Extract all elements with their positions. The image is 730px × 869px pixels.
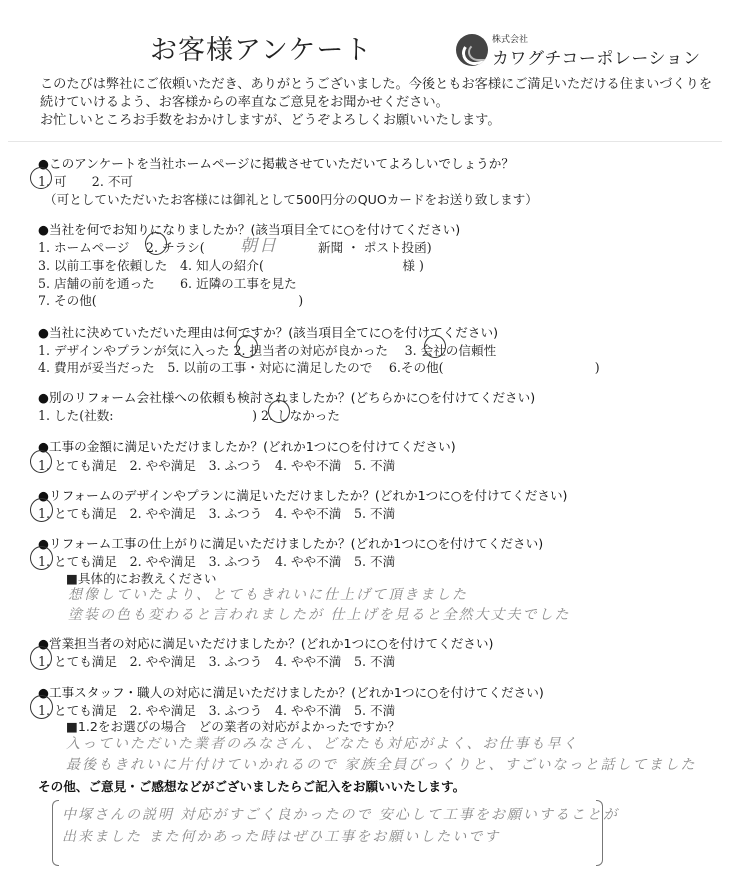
comments-handwritten-2[interactable]: 出来ました また何かあった時はぜひ工事をお願いしたいです (62, 826, 500, 846)
survey-title: お客様アンケート (150, 28, 372, 67)
question-6-text: ●リフォームのデザインやプランに満足いただけましたか？(どれか1つに○を付けてく… (38, 485, 567, 504)
handwritten-newspaper: 朝日 (240, 231, 278, 256)
selected-circle (30, 498, 53, 522)
selected-circle (236, 335, 258, 358)
question-1-options[interactable]: 1. 可 2. 不可 (38, 171, 133, 190)
question-2-line-4[interactable]: 7. その他( ) (38, 290, 303, 309)
divider (8, 141, 722, 142)
comments-handwritten-1[interactable]: 中塚さんの説明 対応がすごく良かったので 安心して工事をお願いすることが (62, 804, 619, 824)
question-9-handwritten-2: 最後もきれいに片付けていかれるので 家族全員びっくりと、すごいなっと話してました (66, 754, 696, 774)
selected-circle (30, 646, 52, 670)
selected-circle (30, 695, 53, 719)
question-1-text: ●このアンケートを当社ホームページに掲載させていただいてよろしいでしょうか？ (38, 153, 514, 172)
question-6-options[interactable]: 1. とても満足 2. やや満足 3. ふつう 4. やや不満 5. 不満 (38, 503, 395, 522)
question-8-options[interactable]: 1. とても満足 2. やや満足 3. ふつう 4. やや不満 5. 不満 (38, 651, 395, 670)
question-5-options[interactable]: 1. とても満足 2. やや満足 3. ふつう 4. やや不満 5. 不満 (38, 455, 395, 474)
intro-line-1: このたびは弊社にご依頼いただき、ありがとうございました。今後ともお客様にご満足い… (40, 76, 712, 94)
question-3-line-2[interactable]: 4. 費用が妥当だった 5. 以前の工事・対応に満足したので 6.その他( ) (38, 357, 600, 376)
company-name: カワグチコーポレーション (492, 44, 701, 69)
selected-circle (424, 335, 446, 358)
question-2-line-1[interactable]: 1. ホームページ 2. チラシ( 新聞 ・ ポスト投函) (38, 237, 432, 256)
question-9-handwritten-1: 入っていただいた業者のみなさん、どなたも対応がよく、お仕事も早く (66, 733, 579, 753)
comments-label: その他、ご意見・ご感想などがございましたらご記入をお願いいたします。 (38, 776, 465, 795)
selected-circle (30, 546, 53, 570)
question-4-line-1[interactable]: 1. した(社数: ) 2. しなかった (38, 405, 340, 424)
question-1-note: （可としていただいたお客様には御礼として500円分のQUOカードをお送り致します… (44, 189, 538, 208)
intro-line-3: お忙しいところお手数をおかけしますが、どうぞよろしくお願いいたします。 (40, 112, 501, 130)
selected-circle (268, 400, 290, 423)
intro-line-2: 続けていけるよう、お客様からの率直なご意見をお聞かせください。 (40, 94, 449, 112)
question-7-handwritten-1: 想像していたより、とてもきれいに仕上げて頂きました (68, 584, 468, 604)
question-8-text: ●営業担当者の対応に満足いただけましたか？(どれか1つに○を付けてください) (38, 633, 493, 652)
company-logo-icon (456, 34, 488, 66)
question-2-line-2[interactable]: 3. 以前工事を依頼した 4. 知人の紹介( 様 ) (38, 255, 424, 274)
selected-circle (30, 450, 52, 473)
question-9-text: ●工事スタッフ・職人の対応に満足いただけましたか？(どれか1つに○を付けてくださ… (38, 682, 544, 701)
question-7-text: ●リフォーム工事の仕上がりに満足いただけましたか？(どれか1つに○を付けてくださ… (38, 533, 543, 552)
question-5-text: ●工事の金額に満足いただけましたか？(どれか1つに○を付けてください) (38, 436, 456, 455)
comment-bracket-left (52, 800, 59, 866)
selected-circle (145, 232, 167, 255)
question-7-handwritten-2: 塗装の色も変わると言われましたが 仕上げを見ると全然大丈夫でした (68, 604, 570, 624)
selected-circle (30, 167, 52, 189)
